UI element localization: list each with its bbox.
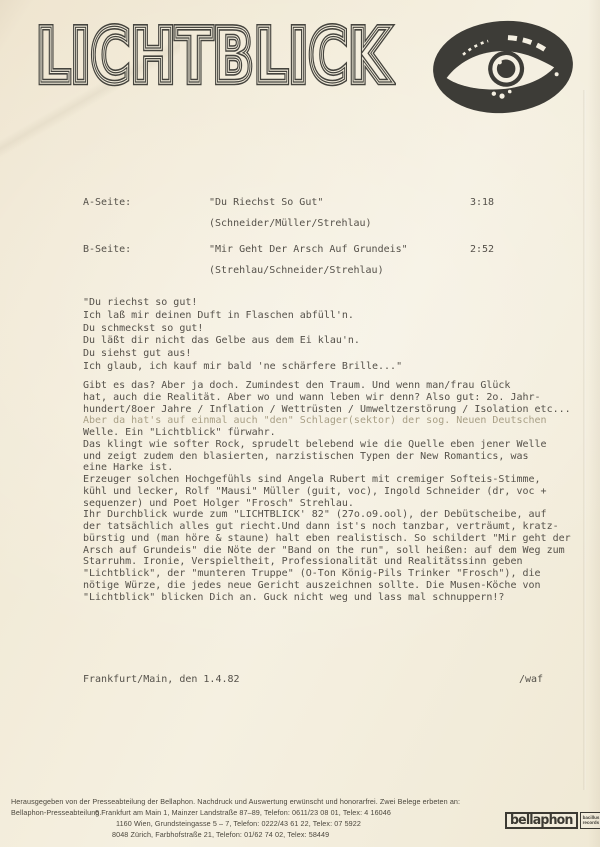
text-line: der tatsächlich alles gut riecht.Und dan…	[83, 521, 571, 533]
footer-address-frankfurt: 6 Frankfurt am Main 1, Mainzer Landstraß…	[95, 808, 391, 817]
text-line: und zeigt zudem den blasierten, narzisti…	[83, 451, 571, 463]
b-side-duration: 2:52	[470, 244, 494, 255]
bellaphon-logo-text: bellaphon	[510, 814, 573, 827]
text-line: Arsch auf Grundeis" die Nöte der "Band o…	[83, 545, 571, 557]
dateline: Frankfurt/Main, den 1.4.82	[83, 674, 240, 685]
text-line: Ihr Durchblick wurde zum "LICHTBLICK' 82…	[83, 509, 571, 521]
lichtblick-logo: LICHTBLICK LICHTBLICK LICHTBLICK	[34, 12, 396, 100]
b-side-credits: (Strehlau/Schneider/Strehlau)	[209, 265, 384, 276]
author-initials: /waf	[519, 674, 543, 685]
text-line: Das klingt wie softer Rock, sprudelt bel…	[83, 439, 571, 451]
text-line: hundert/8oer Jahre / Inflation / Wettrüs…	[83, 404, 571, 416]
text-line: Erzeuger solchen Hochgefühls sind Angela…	[83, 474, 571, 486]
text-line: Aber da hat's auf einmal auch "den" Schl…	[83, 415, 571, 427]
text-line: "Du riechst so gut!	[83, 297, 402, 310]
text-line: Du läßt dir nicht das Gelbe aus dem Ei k…	[83, 335, 402, 348]
a-side-title: "Du Riechst So Gut"	[209, 197, 323, 208]
text-line: Du schmeckst so gut!	[83, 323, 402, 336]
a-side-duration: 3:18	[470, 197, 494, 208]
body-text: Gibt es das? Aber ja doch. Zumindest den…	[83, 380, 571, 603]
bellaphon-logo: bellaphon bacillus records	[505, 812, 600, 829]
svg-text:LICHTBLICK: LICHTBLICK	[36, 12, 392, 96]
text-line: Starruhm. Ironie, Verspieltheit, Profess…	[83, 556, 571, 568]
text-line: Welle. Ein "Lichtblick" fürwahr.	[83, 427, 571, 439]
text-line: "Lichtblick", der "munteren Truppe" (O-T…	[83, 568, 571, 580]
text-line: nötige Würze, die jedes neue Gericht aus…	[83, 580, 571, 592]
text-line: hat, auch die Realität. Aber wo und wann…	[83, 392, 571, 404]
press-release-page: LICHTBLICK LICHTBLICK LICHTBLICK	[0, 0, 600, 847]
records-badge: bacillus records	[580, 812, 600, 829]
lyrics-quote: "Du riechst so gut!Ich laß mir deinen Du…	[83, 297, 402, 374]
text-line: kühl und lecker, Rolf "Mausi" Müller (gu…	[83, 486, 571, 498]
text-line: Ich laß mir deinen Duft in Flaschen abfü…	[83, 310, 402, 323]
b-side-label: B-Seite:	[83, 244, 131, 255]
text-line: sequenzer) und Poet Holger "Frosch" Stre…	[83, 498, 571, 510]
text-line: bürstig und (man höre & staune) halt ebe…	[83, 533, 571, 545]
b-side-title: "Mir Geht Der Arsch Auf Grundeis"	[209, 244, 408, 255]
footer-address-wien: 1160 Wien, Grundsteingasse 5 – 7, Telefo…	[116, 819, 361, 828]
text-line: eine Harke ist.	[83, 462, 571, 474]
text-line: Du siehst gut aus!	[83, 348, 402, 361]
text-line: Gibt es das? Aber ja doch. Zumindest den…	[83, 380, 571, 392]
a-side-credits: (Schneider/Müller/Strehlau)	[209, 218, 372, 229]
eye-icon	[430, 18, 576, 122]
footer-address-zuerich: 8048 Zürich, Farbhofstraße 21, Telefon: …	[112, 830, 329, 839]
footer-label: Bellaphon-Presseabteilung.	[11, 808, 102, 817]
paper-edge-crease	[583, 90, 586, 790]
records-badge-line2: records	[583, 820, 600, 825]
a-side-label: A-Seite:	[83, 197, 131, 208]
text-line: "Lichtblick" blicken Dich an. Guck nicht…	[83, 592, 571, 604]
bellaphon-logo-box: bellaphon	[505, 812, 578, 829]
footer-line1: Herausgegeben von der Presseabteilung de…	[11, 797, 460, 806]
text-line: Ich glaub, ich kauf mir bald 'ne schärfe…	[83, 361, 402, 374]
lichtblick-logo-art: LICHTBLICK LICHTBLICK LICHTBLICK	[34, 12, 396, 96]
